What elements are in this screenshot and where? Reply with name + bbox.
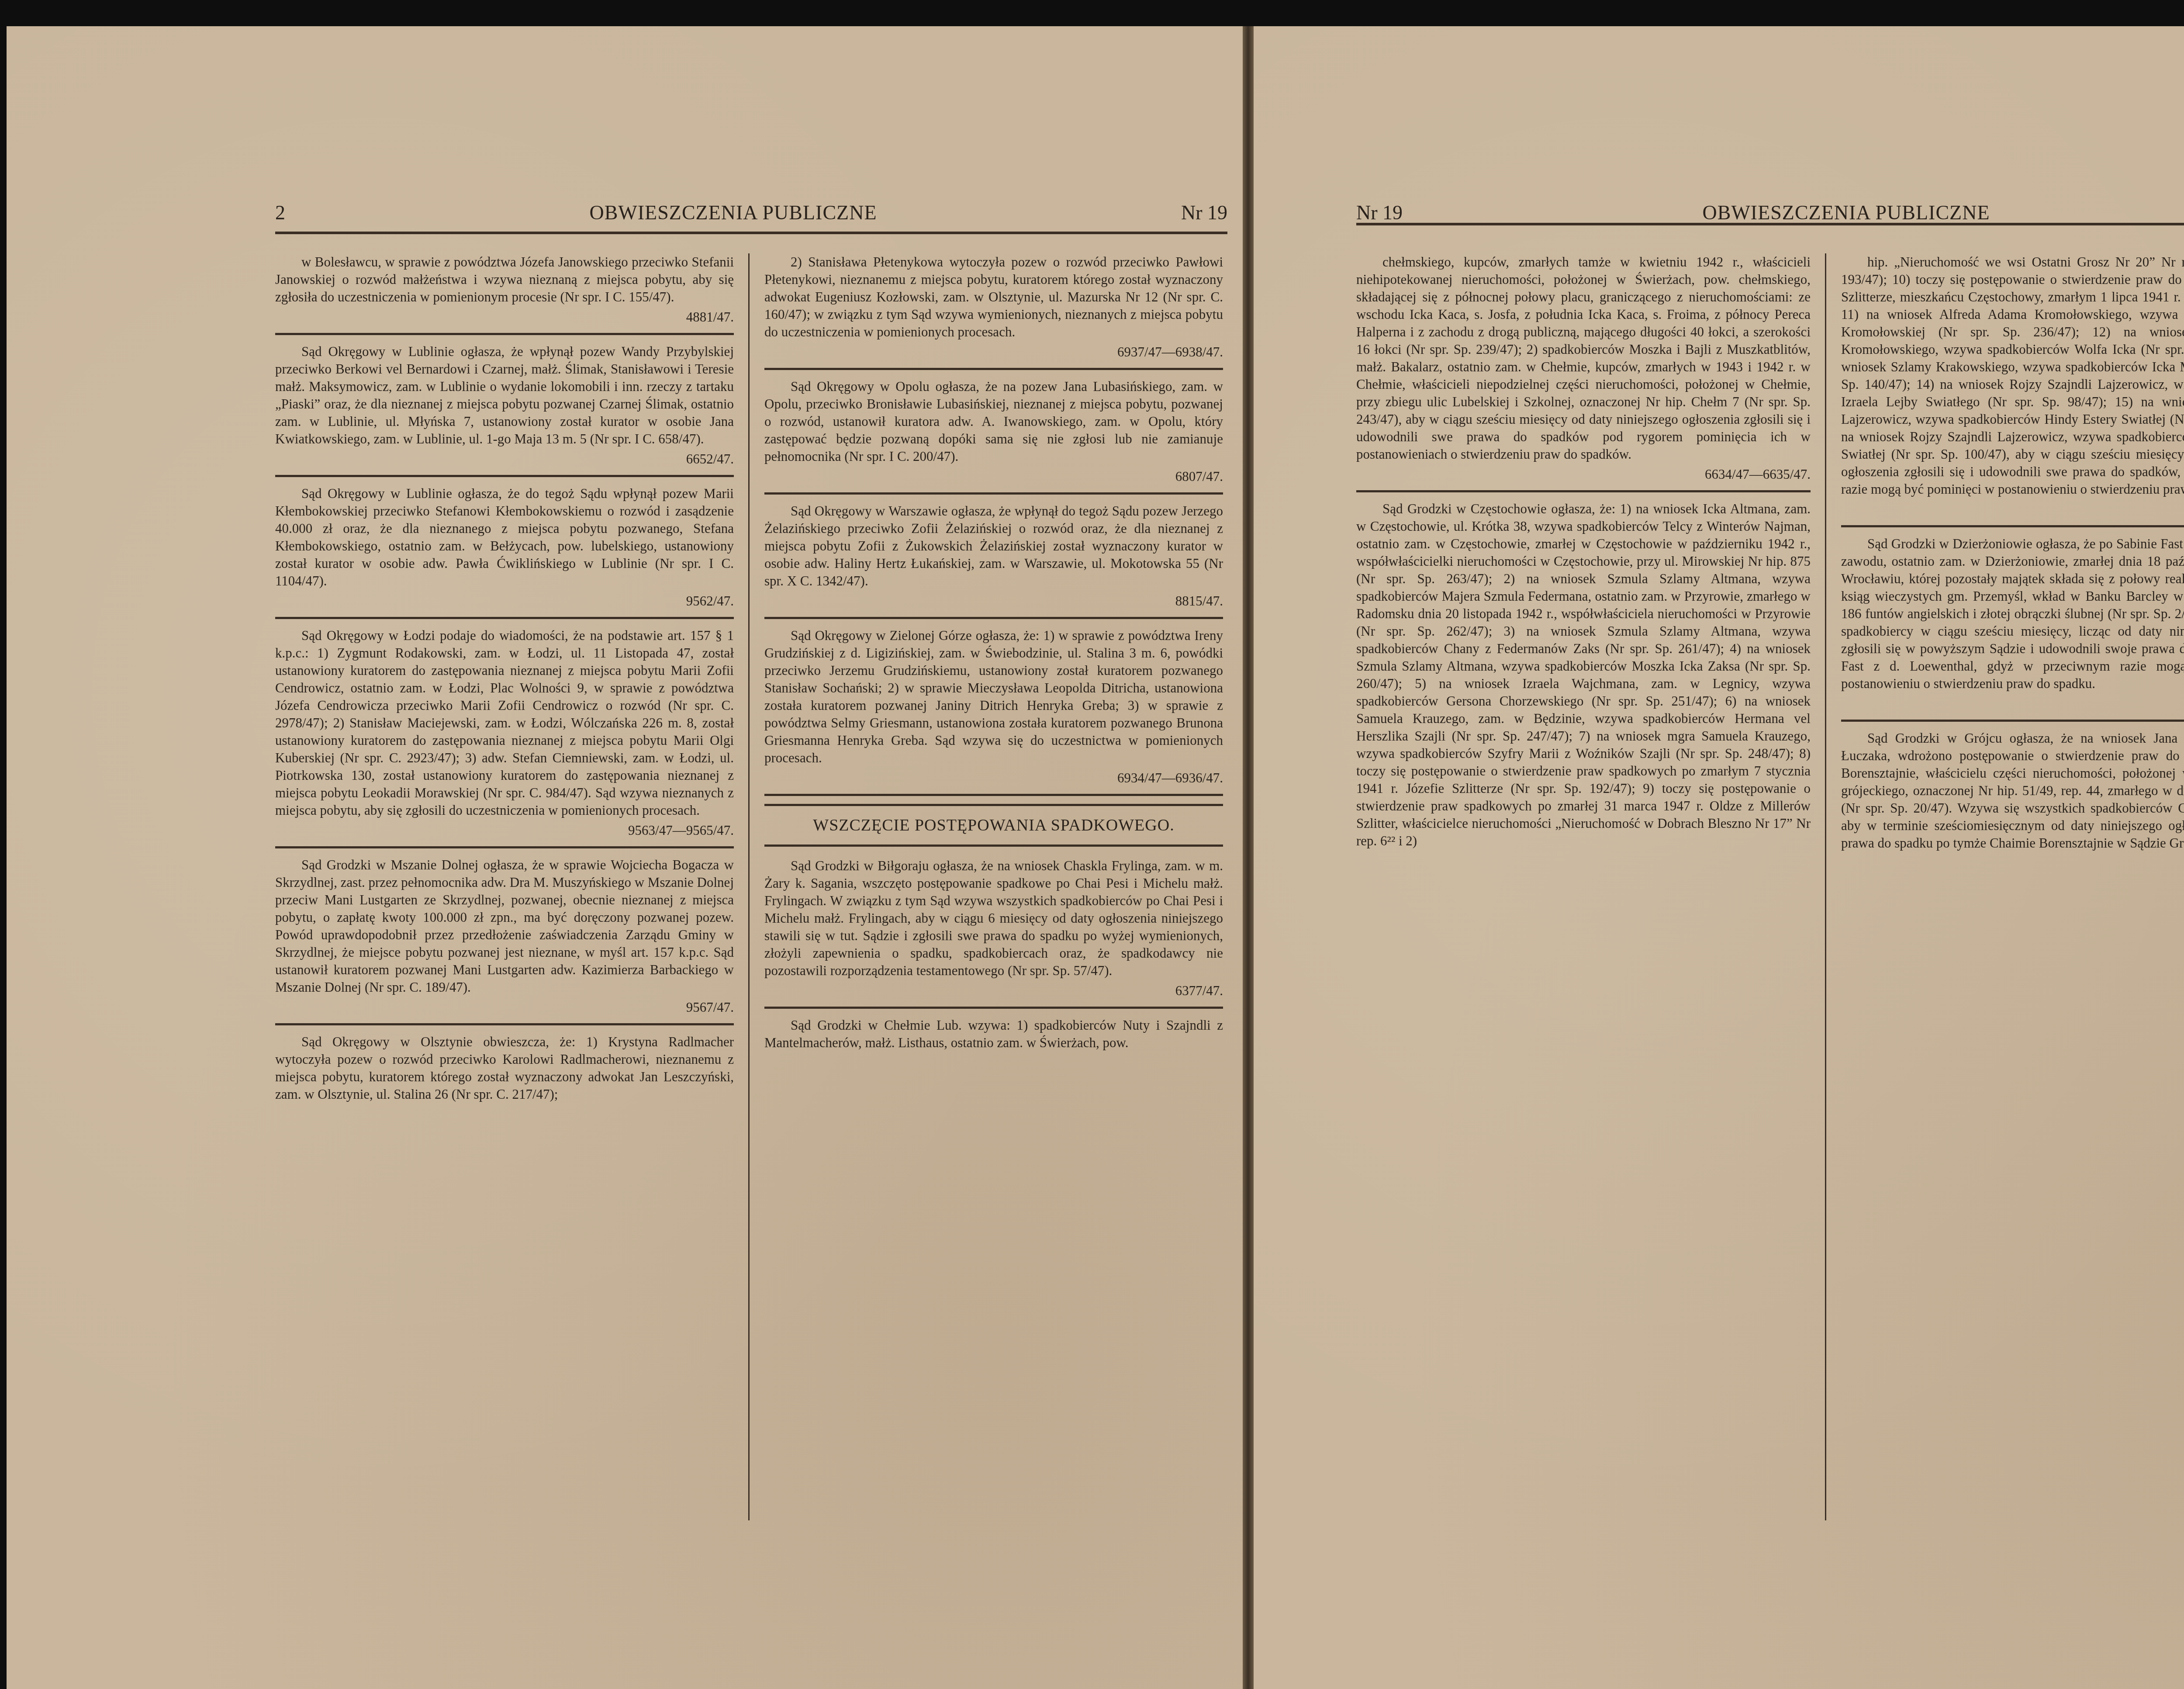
notice-text: Sąd Okręgowy w Łodzi podaje do wiadomośc… [275,627,734,819]
notice-reference: 6378/47. [1841,695,2184,713]
issue-number: Nr 19 [1356,201,1403,224]
page-number: 2 [275,201,285,224]
notice-reference: 6377/47. [764,982,1223,1000]
notice-reference: 6934/47—6936/47. [764,769,1223,787]
notice-text: Sąd Okręgowy w Opolu ogłasza, że na poze… [764,378,1223,465]
notice-text: chełmskiego, kupców, zmarłych tamże w kw… [1356,253,1811,463]
notice: Sąd Grodzki w Mszanie Dolnej ogłasza, że… [275,856,734,1025]
notice-text: Sąd Grodzki w Chełmie Lub. wzywa: 1) spa… [764,1017,1223,1052]
notice-reference: 4881/47. [275,308,734,326]
notice-text: Sąd Okręgowy w Lublinie ogłasza, że wpły… [275,343,734,448]
notice-reference: 6634/47—6635/47. [1356,466,1811,483]
notice: Sąd Grodzki w Częstochowie ogłasza, że: … [1356,500,1811,859]
page-header: 2 OBWIESZCZENIA PUBLICZNE Nr 19 [275,201,1227,224]
notice-reference: 8815/47. [764,592,1223,610]
notice-text: Sąd Grodzki w Biłgoraju ogłasza, że na w… [764,857,1223,979]
notice: Sąd Grodzki w Dzierżoniowie ogłasza, że … [1841,535,2184,722]
notice: Sąd Grodzki w Biłgoraju ogłasza, że na w… [764,857,1223,1009]
left-page: 2 OBWIESZCZENIA PUBLICZNE Nr 19 w Bolesł… [7,26,1243,1689]
page-header: Nr 19 OBWIESZCZENIA PUBLICZNE 3 [1356,201,2184,224]
publication-title: OBWIESZCZENIA PUBLICZNE [1703,201,1990,224]
notice-reference: 6652/47. [275,450,734,468]
column-1: chełmskiego, kupców, zmarłych tamże w kw… [1356,253,1811,867]
notice-reference: 6807/47. [764,468,1223,485]
notice: chełmskiego, kupców, zmarłych tamże w kw… [1356,253,1811,492]
notice-text: Sąd Okręgowy w Lublinie ogłasza, że do t… [275,485,734,590]
notice: Sąd Okręgowy w Warszawie ogłasza, że wpł… [764,502,1223,619]
publication-title: OBWIESZCZENIA PUBLICZNE [589,201,877,224]
column-2: 2) Stanisława Płetenykowa wytoczyła poze… [764,253,1223,1069]
notice: w Bolesławcu, w sprawie z powództwa Józe… [275,253,734,335]
notice-reference: 9562/47. [275,592,734,610]
issue-number: Nr 19 [1181,201,1227,224]
section-heading: WSZCZĘCIE POSTĘPOWANIA SPADKOWEGO. [764,804,1223,847]
notice: Sąd Okręgowy w Zielonej Górze ogłasza, ż… [764,627,1223,796]
column-2: hip. „Nieruchomość we wsi Ostatni Grosz … [1841,253,2184,869]
notice-text: w Bolesławcu, w sprawie z powództwa Józe… [275,253,734,306]
notice-text: Sąd Grodzki w Grójcu ogłasza, że na wnio… [1841,730,2184,852]
notice-reference: 6937/47—6938/47. [764,343,1223,361]
notice-reference: 6403/47—6418/47. [1841,501,2184,518]
notice-text: Sąd Grodzki w Dzierżoniowie ogłasza, że … [1841,535,2184,692]
header-rule [1356,223,2184,225]
notice-text: Sąd Okręgowy w Warszawie ogłasza, że wpł… [764,502,1223,590]
header-rule [275,232,1227,234]
notice: Sąd Okręgowy w Lublinie ogłasza, że do t… [275,485,734,619]
notice: Sąd Okręgowy w Opolu ogłasza, że na poze… [764,378,1223,495]
book-spine [1243,26,1254,1689]
notice: hip. „Nieruchomość we wsi Ostatni Grosz … [1841,253,2184,527]
notice: 2) Stanisława Płetenykowa wytoczyła poze… [764,253,1223,370]
notice-text: Sąd Grodzki w Częstochowie ogłasza, że: … [1356,500,1811,850]
column-divider [748,253,750,1520]
right-page: Nr 19 OBWIESZCZENIA PUBLICZNE 3 chełmski… [1254,26,2184,1689]
notice: Sąd Grodzki w Grójcu ogłasza, że na wnio… [1841,730,2184,862]
notice-reference: 9567/47. [275,999,734,1016]
notice-reference: 9563/47—9565/47. [275,822,734,839]
notice-text: Sąd Grodzki w Mszanie Dolnej ogłasza, że… [275,856,734,996]
notice-text: Sąd Okręgowy w Olsztynie obwieszcza, że:… [275,1033,734,1103]
notice: Sąd Okręgowy w Olsztynie obwieszcza, że:… [275,1033,734,1113]
notice: Sąd Okręgowy w Łodzi podaje do wiadomośc… [275,627,734,848]
column-divider [1825,253,1826,1520]
notice-text: 2) Stanisława Płetenykowa wytoczyła poze… [764,253,1223,341]
notice-text: hip. „Nieruchomość we wsi Ostatni Grosz … [1841,253,2184,498]
notice: Sąd Okręgowy w Lublinie ogłasza, że wpły… [275,343,734,477]
notice-text: Sąd Okręgowy w Zielonej Górze ogłasza, ż… [764,627,1223,767]
column-1: w Bolesławcu, w sprawie z powództwa Józe… [275,253,734,1121]
notice: Sąd Grodzki w Chełmie Lub. wzywa: 1) spa… [764,1017,1223,1061]
